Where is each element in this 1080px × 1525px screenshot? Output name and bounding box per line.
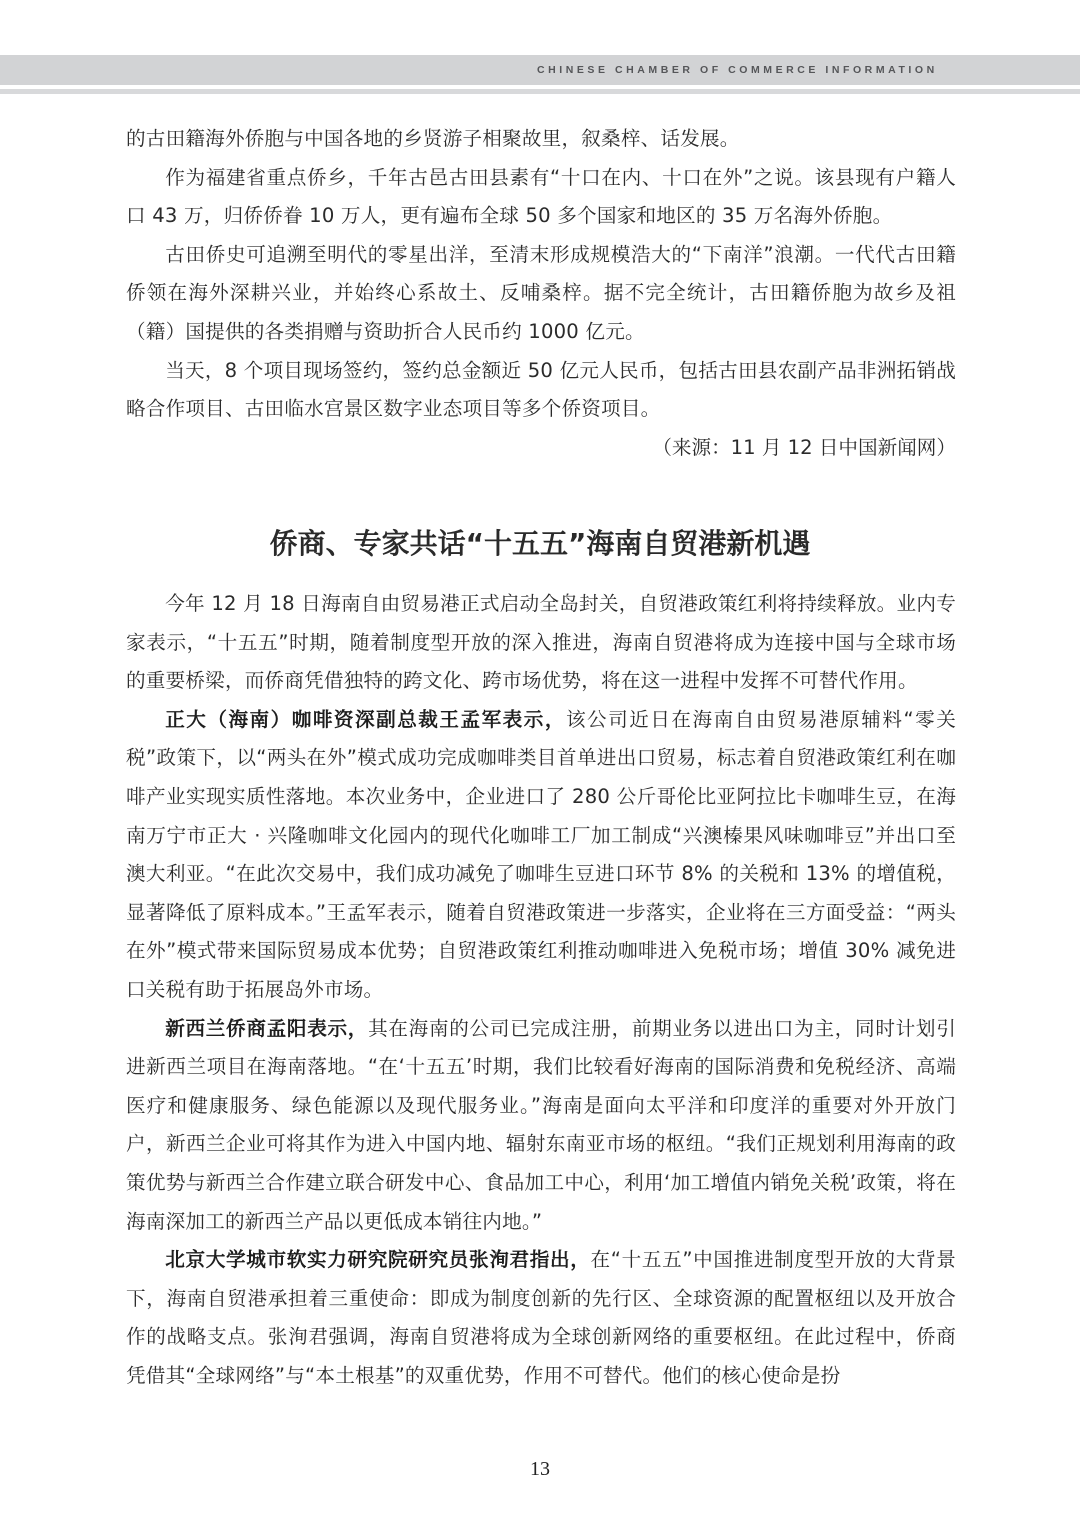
paragraph-text: 当天，8 个项目现场签约，签约总金额近 50 亿元人民币，包括古田县农副产品非洲… [126, 359, 956, 421]
header-divider [0, 89, 1080, 94]
paragraph-text: 作为福建省重点侨乡，千年古邑古田县素有“十口在内、十口在外”之说。该县现有户籍人… [126, 166, 956, 228]
paragraph: 新西兰侨商孟阳表示，其在海南的公司已完成注册，前期业务以进出口为主，同时计划引进… [126, 1010, 956, 1242]
article-title: 侨商、专家共话“十五五”海南自贸港新机遇 [0, 524, 1080, 564]
article-body: 今年 12 月 18 日海南自由贸易港正式启动全岛封关，自贸港政策红利将持续释放… [126, 585, 956, 1395]
page-number: 13 [0, 1458, 1080, 1481]
paragraph-text: 其在海南的公司已完成注册，前期业务以进出口为主，同时计划引进新西兰项目在海南落地… [126, 1017, 956, 1233]
article-continuation: 的古田籍海外侨胞与中国各地的乡贤游子相聚故里，叙桑梓、话发展。 作为福建省重点侨… [126, 120, 956, 467]
paragraph-text: 古田侨史可追溯至明代的零星出洋，至清末形成规模浩大的“下南洋”浪潮。一代代古田籍… [126, 243, 956, 343]
paragraph: 今年 12 月 18 日海南自由贸易港正式启动全岛封关，自贸港政策红利将持续释放… [126, 585, 956, 701]
paragraph: 古田侨史可追溯至明代的零星出洋，至清末形成规模浩大的“下南洋”浪潮。一代代古田籍… [126, 236, 956, 352]
paragraph: 当天，8 个项目现场签约，签约总金额近 50 亿元人民币，包括古田县农副产品非洲… [126, 352, 956, 429]
paragraph: 正大（海南）咖啡资深副总裁王孟军表示，该公司近日在海南自由贸易港原辅料“零关税”… [126, 701, 956, 1010]
paragraph-text: 的古田籍海外侨胞与中国各地的乡贤游子相聚故里，叙桑梓、话发展。 [126, 127, 740, 150]
speaker-lead: 正大（海南）咖啡资深副总裁王孟军表示， [165, 708, 566, 731]
speaker-lead: 北京大学城市软实力研究院研究员张洵君指出， [165, 1248, 590, 1271]
paragraph: 的古田籍海外侨胞与中国各地的乡贤游子相聚故里，叙桑梓、话发展。 [126, 120, 956, 159]
paragraph-text: 今年 12 月 18 日海南自由贸易港正式启动全岛封关，自贸港政策红利将持续释放… [126, 592, 956, 692]
speaker-lead: 新西兰侨商孟阳表示， [165, 1017, 368, 1040]
publication-name: CHINESE CHAMBER OF COMMERCE INFORMATION [537, 64, 938, 76]
source-citation: （来源：11 月 12 日中国新闻网） [126, 429, 956, 468]
paragraph-text: 该公司近日在海南自由贸易港原辅料“零关税”政策下，以“两头在外”模式成功完成咖啡… [126, 708, 956, 1001]
paragraph: 作为福建省重点侨乡，千年古邑古田县素有“十口在内、十口在外”之说。该县现有户籍人… [126, 159, 956, 236]
paragraph: 北京大学城市软实力研究院研究员张洵君指出，在“十五五”中国推进制度型开放的大背景… [126, 1241, 956, 1395]
